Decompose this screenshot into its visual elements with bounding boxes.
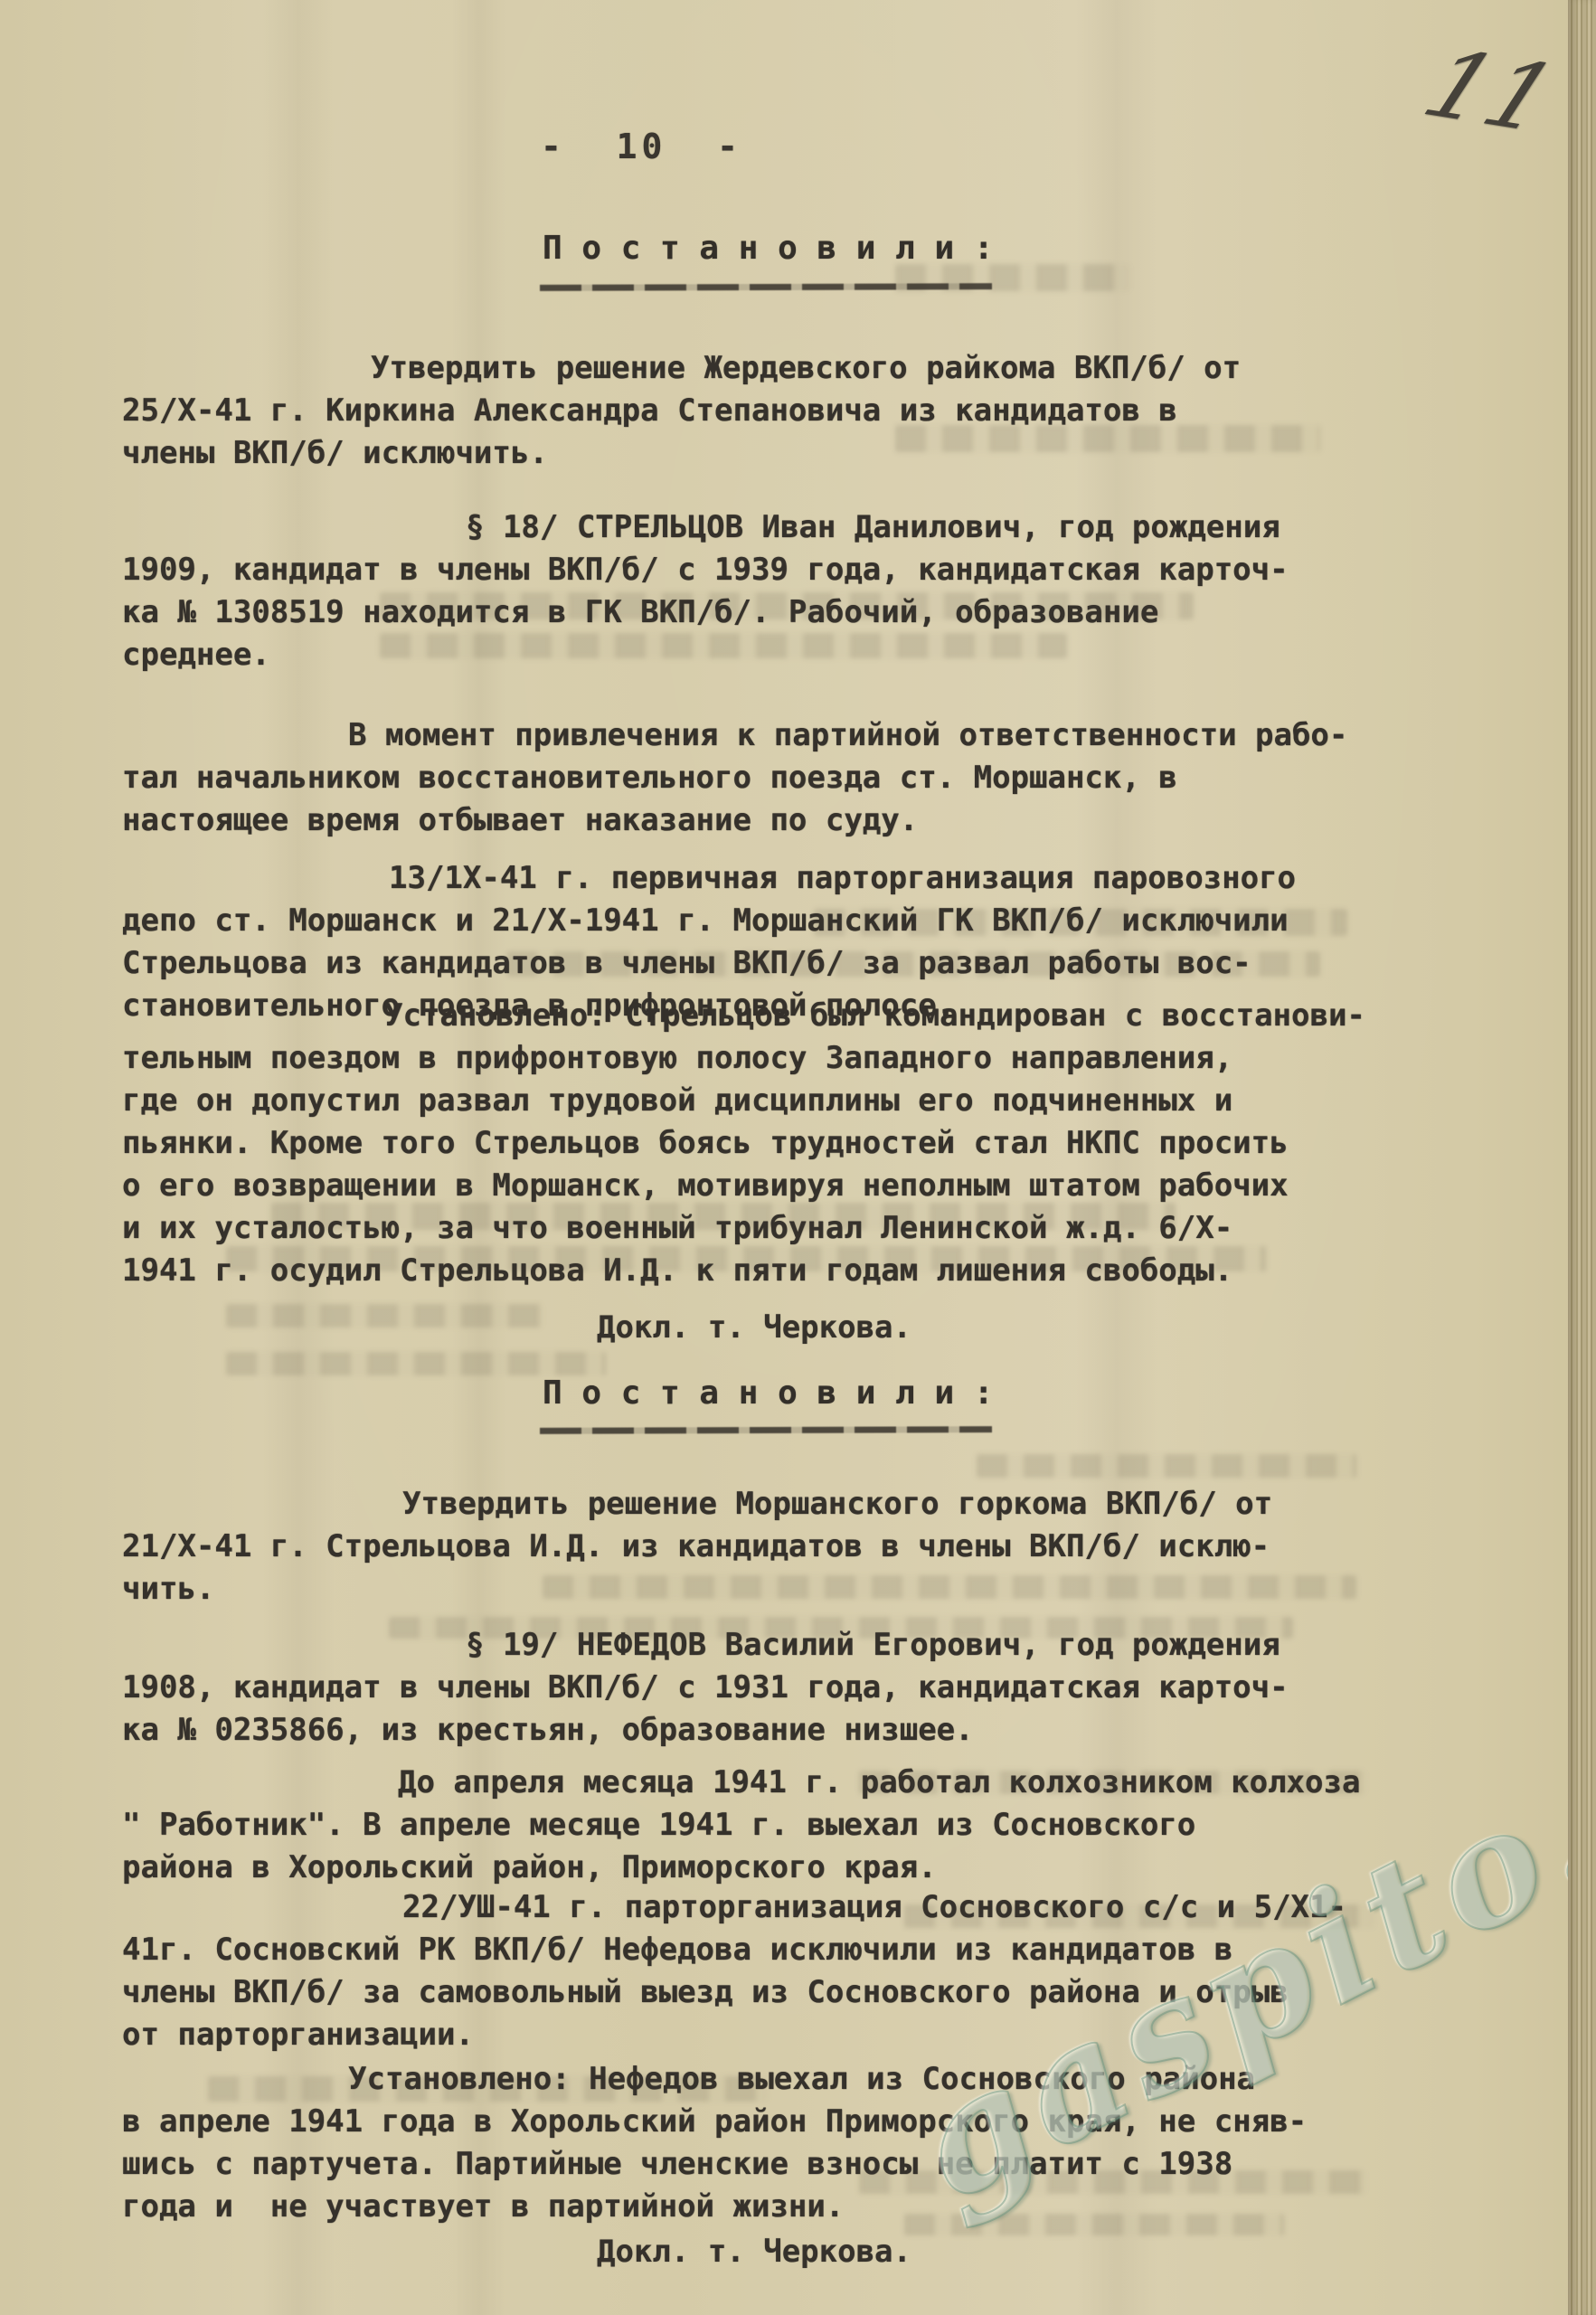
text-line: " Работник". В апреле месяце 1941 г. вые… (122, 1804, 1406, 1847)
text-line: Установлено: Стрельцов был командирован … (122, 995, 1406, 1037)
text-line: ка № 1308519 находится в ГК ВКП/б/. Рабо… (122, 591, 1406, 634)
text-line: Утвердить решение Моршанского горкома ВК… (122, 1483, 1406, 1526)
text-line: пьянки. Кроме того Стрельцов боясь трудн… (122, 1122, 1406, 1165)
page-number: - 10 - (541, 127, 742, 166)
text-line: члены ВКП/б/ исключить. (122, 432, 1406, 475)
text-line: 13/1Х-41 г. первичная парторганизация па… (122, 857, 1406, 900)
handwritten-page-number: 11 (1409, 30, 1572, 153)
text-line: 1941 г. осудил Стрельцова И.Д. к пяти го… (122, 1250, 1406, 1292)
paragraph-resolution-kirkin: Утвердить решение Жердевского райкома ВК… (122, 347, 1406, 475)
paragraph-case-19-work: До апреля месяца 1941 г. работал колхозн… (122, 1762, 1406, 1889)
text-line: и их усталостью, за что военный трибунал… (122, 1207, 1406, 1250)
bleedthrough-text-ghost (977, 1454, 1356, 1478)
paragraph-case-18-findings: Установлено: Стрельцов был командирован … (122, 995, 1406, 1292)
paragraph-case-18-position: В момент привлечения к партийной ответст… (122, 714, 1406, 842)
text-line: В момент привлечения к партийной ответст… (122, 714, 1406, 757)
text-line: 21/Х-41 г. Стрельцова И.Д. из кандидатов… (122, 1526, 1406, 1568)
text-line: года и не участвует в партийной жизни. (122, 2186, 1406, 2228)
text-line: Стрельцова из кандидатов в члены ВКП/б/ … (122, 942, 1406, 985)
text-line: тал начальником восстановительного поезд… (122, 757, 1406, 799)
reporter-note: Докл. т. Черкова. (597, 1309, 911, 1346)
resolution-heading: П о с т а н о в и л и : (543, 230, 994, 267)
text-line: 1909, кандидат в члены ВКП/б/ с 1939 год… (122, 549, 1406, 591)
bleedthrough-text-ghost (226, 1304, 543, 1328)
text-line: района в Хорольский район, Приморского к… (122, 1847, 1406, 1889)
text-line: настоящее время отбывает наказание по су… (122, 799, 1406, 842)
resolution-heading: П о с т а н о в и л и : (543, 1375, 994, 1412)
paragraph-case-19-nefedov: § 19/ НЕФЕДОВ Василий Егорович, год рожд… (122, 1624, 1406, 1752)
text-line: § 18/ СТРЕЛЬЦОВ Иван Данилович, год рожд… (122, 506, 1406, 549)
text-line: Утвердить решение Жердевского райкома ВК… (122, 347, 1406, 390)
text-line: До апреля месяца 1941 г. работал колхозн… (122, 1762, 1406, 1804)
paragraph-resolution-streltsov: Утвердить решение Моршанского горкома ВК… (122, 1483, 1406, 1611)
paragraph-case-18-streltsov: § 18/ СТРЕЛЬЦОВ Иван Данилович, год рожд… (122, 506, 1406, 676)
text-line: § 19/ НЕФЕДОВ Василий Егорович, год рожд… (122, 1624, 1406, 1667)
text-line: чить. (122, 1568, 1406, 1611)
text-line: ка № 0235866, из крестьян, образование н… (122, 1709, 1406, 1752)
text-line: о его возвращении в Моршанск, мотивируя … (122, 1165, 1406, 1207)
text-line: шись с партучета. Партийные членские взн… (122, 2143, 1406, 2186)
bleedthrough-text-ghost (226, 1352, 606, 1375)
text-line: среднее. (122, 634, 1406, 676)
heading-underline (540, 1426, 992, 1434)
text-line: депо ст. Моршанск и 21/Х-1941 г. Моршанс… (122, 900, 1406, 942)
text-line: тельным поездом в прифронтовую полосу За… (122, 1037, 1406, 1080)
text-line: 25/Х-41 г. Киркина Александра Степанович… (122, 390, 1406, 432)
reporter-note: Докл. т. Черкова. (597, 2234, 911, 2270)
text-line: 1908, кандидат в члены ВКП/б/ с 1931 год… (122, 1667, 1406, 1709)
page-edge (1568, 0, 1596, 2315)
heading-underline (540, 283, 992, 291)
text-line: где он допустил развал трудовой дисципли… (122, 1080, 1406, 1122)
document-page: - 10 - 11 П о с т а н о в и л и : Утверд… (0, 0, 1596, 2315)
